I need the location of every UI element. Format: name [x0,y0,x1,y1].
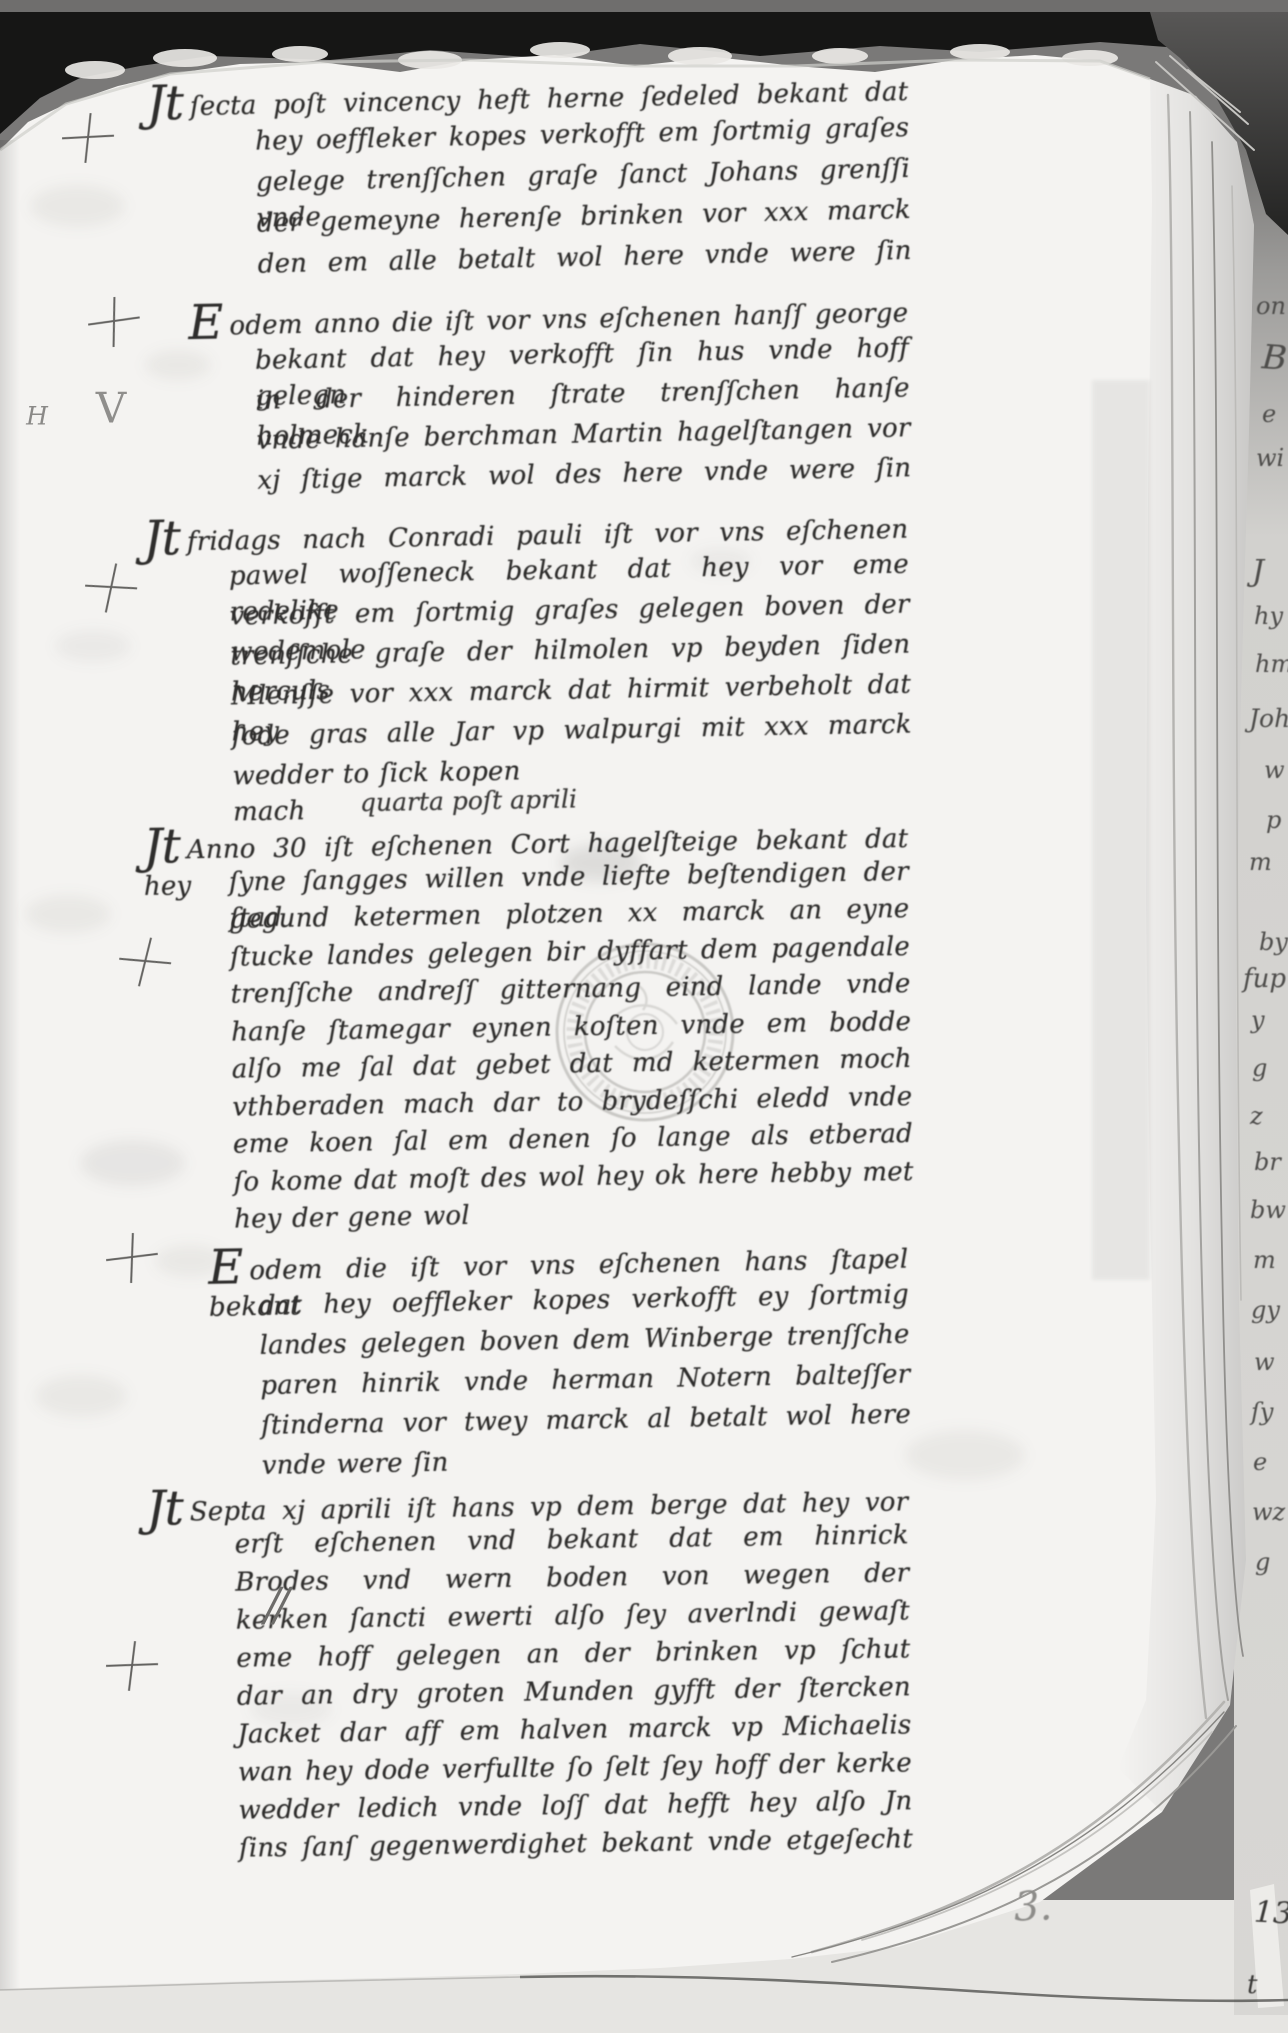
paragraph-initial: Jt [146,1480,183,1537]
paragraph-initial: Jt [146,75,184,132]
next-page-text-fragment: w [1264,756,1285,784]
next-page-text-fragment: Joh [1249,704,1288,733]
bleed-through-stain [145,350,211,380]
next-page-text-fragment: wi [1256,444,1284,472]
next-page-text-fragment: on [1256,292,1286,320]
margin-letter-mark: V [96,384,126,433]
next-page-text-fragment: fup [1243,964,1286,994]
next-page-text-fragment: g [1252,1054,1267,1082]
next-page-text-fragment: J [1252,554,1264,589]
margin-cross-mark [103,1229,161,1287]
next-page-text-fragment: w [1254,1348,1275,1376]
next-page-text-fragment: 13 [1253,1895,1288,1932]
paragraph-initial: E [188,294,223,351]
margin-letter-mark: // [265,1577,284,1631]
next-page-text-fragment: br [1254,1148,1281,1176]
paragraph-initial: Jt [143,510,181,567]
bleed-through-stain [30,185,125,227]
margin-cross-mark [113,930,178,995]
left-edge-shadow [0,140,20,1990]
margin-cross-mark [103,1637,162,1696]
margin-cross-mark [59,109,117,167]
bleed-through-stain [80,1140,185,1186]
bleed-through-stain [55,630,131,662]
fold-stain [1092,380,1150,1280]
next-page-text-fragment: m [1253,1246,1276,1274]
margin-cross-mark [85,293,144,352]
next-page-text-fragment: y [1251,1006,1265,1034]
next-page-text-fragment: hm [1255,650,1288,678]
next-page-text-fragment: g [1255,1548,1270,1576]
paragraph-initial: E [208,1239,243,1296]
next-page-text-fragment: e [1253,1448,1267,1476]
next-page-text-fragment: B [1261,337,1288,379]
folio-number: 3. [1013,1883,1053,1930]
next-page-text-fragment: z [1250,1102,1263,1130]
bleed-through-stain [905,1430,1025,1480]
bleed-through-stain [35,1375,127,1417]
backdrop-top-strip [0,0,1288,14]
text-line: vnde were ſin [261,1445,457,1488]
next-page-text-fragment: gy [1251,1296,1280,1324]
margin-cross-mark [79,556,142,619]
next-page-text-fragment: e [1262,400,1276,428]
next-page-text-fragment: m [1249,848,1272,876]
next-page-text-fragment: hy [1254,602,1283,630]
paragraph-initial: Jt [143,818,180,875]
next-page-text-fragment: p [1266,806,1281,834]
next-page-text-fragment: t [1247,1970,1257,2000]
next-page-text-fragment: by [1259,928,1288,956]
next-page-text-fragment: wz [1252,1498,1285,1526]
text-line: hey der gene wol [234,1197,497,1241]
bleed-through-stain [25,895,111,933]
next-page-text-fragment: bw [1250,1196,1286,1224]
next-page-text-fragment: ſy [1251,1398,1273,1426]
entry-subheading: quarta poſt aprili [360,784,577,817]
manuscript-photo: Jtſecta poſt vincency heft herne ſedeled… [0,0,1288,2033]
margin-letter-mark: H [26,402,48,431]
